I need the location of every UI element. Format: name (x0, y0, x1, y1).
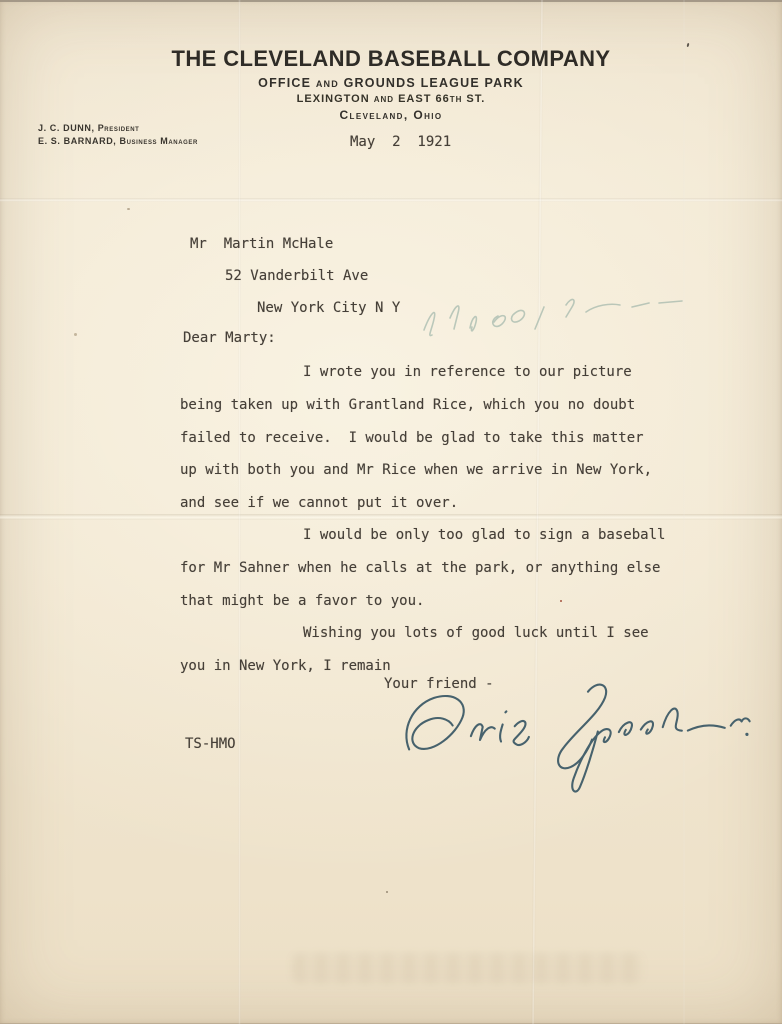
paper-speck (127, 208, 130, 210)
paper-speck (560, 600, 562, 602)
letterhead-office-line: OFFICE and GROUNDS LEAGUE PARK (0, 76, 782, 90)
date-line: May 2 1921 (350, 134, 451, 150)
body-line: being taken up with Grantland Rice, whic… (180, 389, 680, 422)
body-line: Wishing you lots of good luck until I se… (180, 617, 680, 650)
ghost-ink-smudge (292, 953, 644, 983)
body-line: for Mr Sahner when he calls at the park,… (180, 552, 680, 585)
letterhead-city-line: Cleveland, Ohio (0, 108, 782, 122)
body-line: I wrote you in reference to our picture (180, 356, 680, 389)
recipient-name: Mr Martin McHale (190, 236, 333, 252)
scanned-letter-page: THE CLEVELAND BASEBALL COMPANY OFFICE an… (0, 0, 782, 1024)
recipient-city: New York City N Y (257, 300, 400, 316)
salutation: Dear Marty: (183, 330, 276, 346)
officer-business-manager: E. S. BARNARD, Business Manager (38, 135, 198, 148)
body-line: up with both you and Mr Rice when we arr… (180, 454, 680, 487)
officers-block: J. C. DUNN, President E. S. BARNARD, Bus… (38, 122, 198, 147)
scan-top-edge (0, 0, 782, 2)
body-paragraph-2: I would be only too glad to sign a baseb… (180, 519, 680, 617)
paper-speck (74, 333, 77, 336)
horizontal-fold-crease (0, 198, 782, 202)
tris-speaker-signature (392, 676, 754, 804)
company-name: THE CLEVELAND BASEBALL COMPANY (0, 46, 782, 72)
vertical-fold-crease (683, 0, 685, 1024)
body-paragraph-3: Wishing you lots of good luck until I se… (180, 617, 680, 683)
body-line: that might be a favor to you. (180, 585, 680, 618)
paper-speck (386, 891, 388, 893)
pencil-scribble (416, 276, 708, 354)
body-line: failed to receive. I would be glad to ta… (180, 422, 680, 455)
typist-initials: TS-HMO (185, 736, 236, 752)
body-line: and see if we cannot put it over. (180, 487, 680, 520)
letterhead-street-line: LEXINGTON and EAST 66th ST. (0, 93, 782, 105)
body-line: I would be only too glad to sign a baseb… (180, 519, 680, 552)
officer-president: J. C. DUNN, President (38, 122, 198, 135)
recipient-street: 52 Vanderbilt Ave (225, 268, 368, 284)
body-paragraph-1: I wrote you in reference to our picture … (180, 356, 680, 520)
